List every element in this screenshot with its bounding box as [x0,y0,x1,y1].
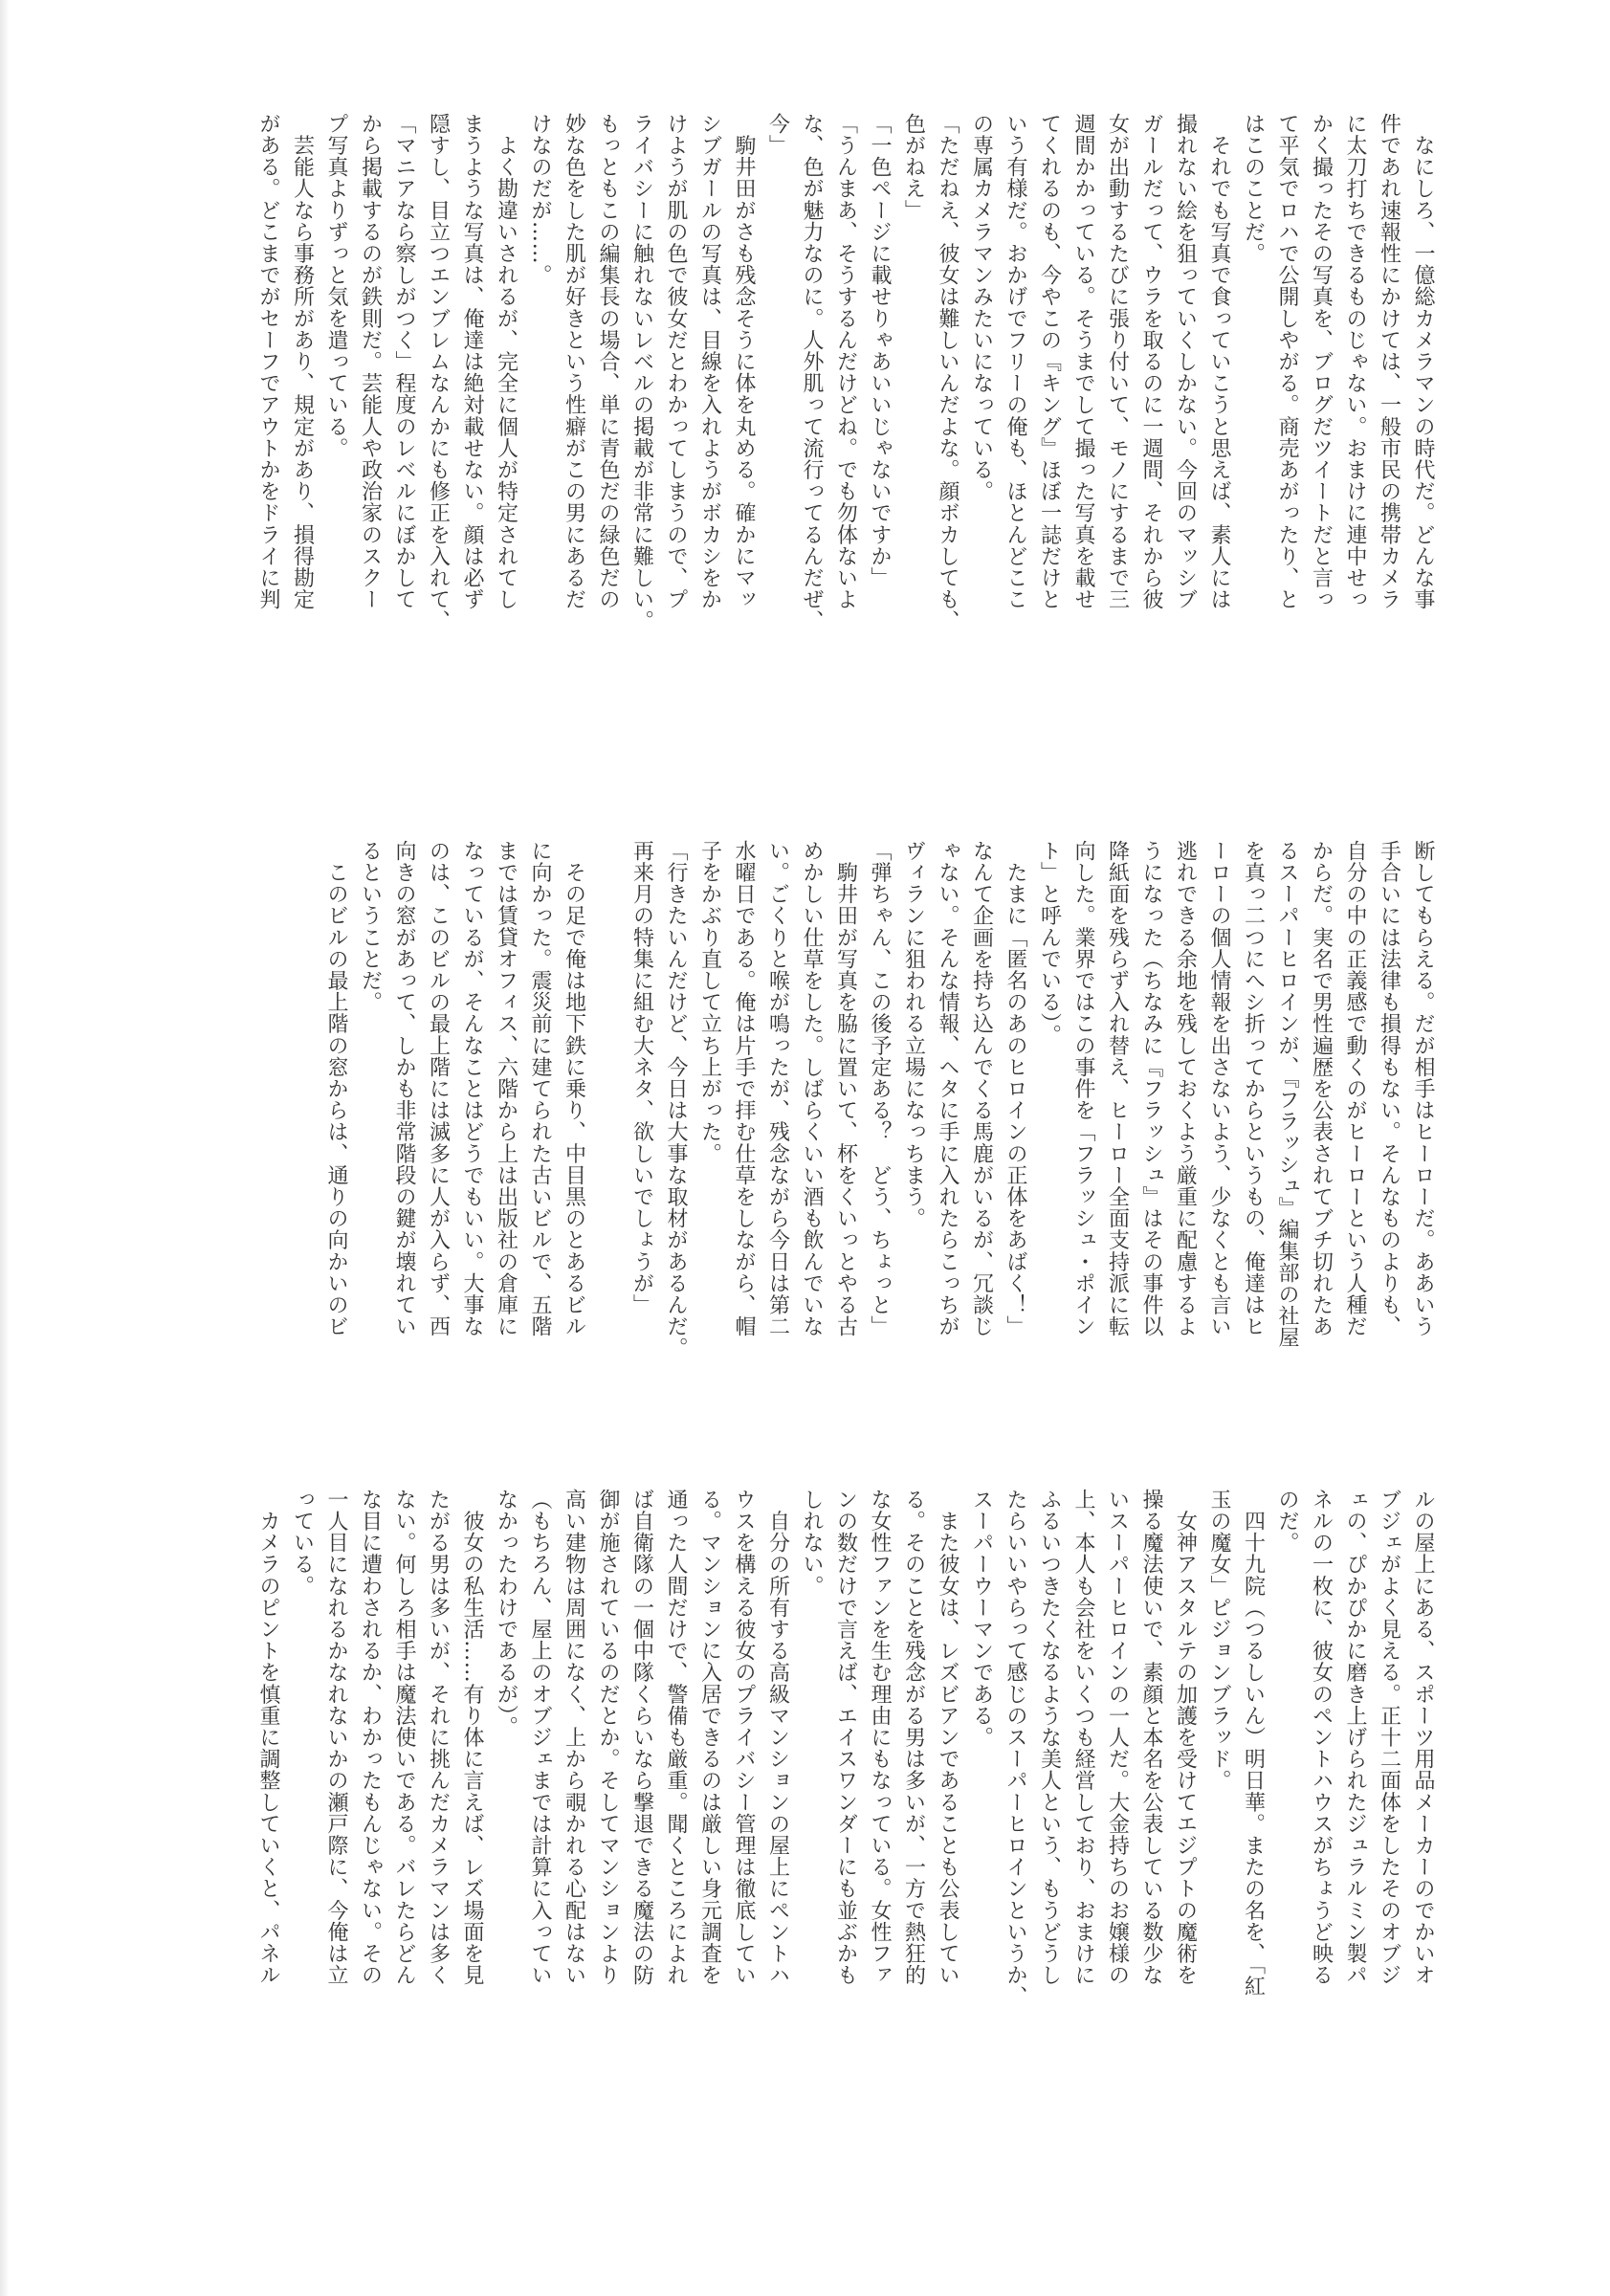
text-column: のは、このビルの最上階には滅多に人が入らず、西 [421,840,455,1452]
text-column: ば自衛隊の一個中隊くらいなら撃退できる魔法の防 [625,1489,659,2158]
text-column: 「ただねえ、彼女は難しいんだよな。顔ボカしても、 [931,113,965,802]
text-column: プ写真よりずっと気を遣っている。 [320,113,354,802]
book-page: なにしろ、一億総カメラマンの時代だ。どんな事件であれ速報性にかけては、一般市民の… [0,0,1610,2296]
text-column: 「うんまあ、そうするんだけどね。でも勿体ないよ [828,113,863,802]
text-tier-middle: 断してもらえる。だが相手はヒーローだ。ああいう手合いには法律も損得もない。そんな… [177,840,1440,1452]
text-column: ウスを構える彼女のプライバシー管理は徹底してい [727,1489,761,2158]
text-column: ない。何しろ相手は魔法使いである。バレたらどん [387,1489,422,2158]
text-column: しれない。 [795,1489,829,2158]
text-column: 「マニアなら察しがつく」程度のレベルにぼかして [387,113,422,802]
text-column: なっているが、そんなことはどうでもいい。大事な [455,840,490,1452]
text-column [591,840,626,1452]
text-column: 逃れできる余地を残しておくよう厳重に配慮するよ [1168,840,1202,1452]
text-column: たまに「匿名のあのヒロインの正体をあばく！」 [999,840,1033,1452]
text-column: その足で俺は地下鉄に乗り、中目黒のとあるビル [557,840,591,1452]
text-column: けなのだが……。 [523,113,558,802]
text-column: いう有様だ。おかげでフリーの俺も、ほとんどここ [999,113,1033,802]
text-column: に太刀打ちできるものじゃない。おまけに連中せっ [1338,113,1373,802]
text-column: それでも写真で食っていこうと思えば、素人には [1202,113,1237,802]
text-column: 玉の魔女」ピジョンブラッド。 [1202,1489,1237,2158]
text-column: めかしい仕草をした。しばらくいい酒も飲んでいな [795,840,829,1452]
text-column: 再来月の特集に組む大ネタ、欲しいでしょうが」 [625,840,659,1452]
text-column: 週間かかっている。そうまでして撮った写真を載せ [1067,113,1101,802]
text-column: 水曜日である。俺は片手で拝む仕草をしながら、帽 [727,840,761,1452]
text-column: 通った人間だけで、警備も厳重。聞くところによれ [659,1489,694,2158]
text-column: たがる男は多いが、それに挑んだカメラマンは多く [421,1489,455,2158]
text-column: 芸能人なら事務所があり、規定があり、損得勘定 [285,113,320,802]
text-column: ゃない。そんな情報、ヘタに手に入れたらこっちが [931,840,965,1452]
text-column: なにしろ、一億総カメラマンの時代だ。どんな事 [1406,113,1441,802]
text-column: な女性ファンを生む理由にもなっている。女性ファ [863,1489,897,2158]
text-column: 撮れない絵を狙っていくしかない。今回のマッシブ [1168,113,1202,802]
text-column: うになった（ちなみに『フラッシュ』はその事件以 [1135,840,1169,1452]
text-column: い。ごくりと喉が鳴ったが、残念ながら今日は第二 [761,840,795,1452]
text-column: る。マンションに入居できるのは厳しい身元調査を [693,1489,727,2158]
text-tier-top: なにしろ、一億総カメラマンの時代だ。どんな事件であれ速報性にかけては、一般市民の… [177,113,1440,802]
text-column: ネルの一枚に、彼女のペントハウスがちょうど映る [1304,1489,1338,2158]
text-column: 一人目になれるかなれないかの瀬戸際に、今俺は立 [320,1489,354,2158]
text-column: スーパーウーマンである。 [964,1489,999,2158]
text-column: るスーパーヒロインが、『フラッシュ』編集部の社屋 [1270,840,1305,1452]
text-column: 彼女の私生活……有り体に言えば、レズ場面を見 [455,1489,490,2158]
text-column: はこのことだ。 [1236,113,1270,802]
text-column: 上、本人も会社をいくつも経営しており、おまけに [1067,1489,1101,2158]
text-column: 「弾ちゃん、この後予定ある？ どう、ちょっと」 [863,840,897,1452]
text-column: なんて企画を持ち込んでくる馬鹿がいるが、冗談じ [964,840,999,1452]
text-column: シブガールの写真は、目線を入れようがボカシをか [693,113,727,802]
text-column: てくれるのも、今やこの『キング』ほぼ一誌だけと [1032,113,1067,802]
text-column: ふるいつきたくなるような美人という、もうどうし [1032,1489,1067,2158]
text-column: 御が施されているのだとか。そしてマンションより [591,1489,626,2158]
text-column: 向した。業界ではこの事件を「フラッシュ・ポイン [1067,840,1101,1452]
text-column: に向かった。震災前に建てられた古いビルで、五階 [523,840,558,1452]
text-column: な、色が魅力なのに。人外肌って流行ってるんだぜ、 [795,113,829,802]
text-column: 手合いには法律も損得もない。そんなものよりも、 [1372,840,1406,1452]
text-tier-bottom: ルの屋上にある、スポーツ用品メーカーのでかいオブジェがよく見える。正十二面体をし… [177,1489,1440,2158]
text-column: カメラのピントを慎重に調整していくと、パネル [252,1489,286,2158]
text-column: このビルの最上階の窓からは、通りの向かいのビ [320,840,354,1452]
text-column: て平気でロハで公開しやがる。商売あがったり、と [1270,113,1305,802]
text-column: ブジェがよく見える。正十二面体をしたそのオブジ [1372,1489,1406,2158]
text-column: な目に遭わされるか、わかったもんじゃない。その [353,1489,387,2158]
text-column: 妙な色をした肌が好きという性癖がこの男にあるだ [557,113,591,802]
text-column: また彼女は、レズビアンであることも公表してい [931,1489,965,2158]
text-column: いスーパーヒロインの一人だ。大金持ちのお嬢様の [1100,1489,1135,2158]
text-column: ンの数だけで言えば、エイスワンダーにも並ぶかも [828,1489,863,2158]
text-column: ガールだって、ウラを取るのに一週間、それから彼 [1135,113,1169,802]
text-column: もっともこの編集長の場合、単に青色だの緑色だの [591,113,626,802]
text-column: 子をかぶり直して立ち上がった。 [693,840,727,1452]
text-column: ルの屋上にある、スポーツ用品メーカーのでかいオ [1406,1489,1441,2158]
text-column: を真っ二つにへシ折ってからというもの、俺達はヒ [1236,840,1270,1452]
text-column: よく勘違いされるが、完全に個人が特定されてし [489,113,523,802]
text-column: かく撮ったその写真を、ブログだツイートだと言っ [1304,113,1338,802]
text-column: ヴィランに狙われる立場になっちまう。 [896,840,931,1452]
text-column: 断してもらえる。だが相手はヒーローだ。ああいう [1406,840,1441,1452]
text-column: からだ。実名で男性遍歴を公表されてブチ切れたあ [1304,840,1338,1452]
text-column: るということだ。 [353,840,387,1452]
text-column: 向きの窓があって、しかも非常階段の鍵が壊れてい [387,840,422,1452]
text-column: ト」と呼んでいる）。 [1032,840,1067,1452]
text-column: 「行きたいんだけど、今日は大事な取材があるんだ。 [659,840,694,1452]
text-column: ェの、ぴかぴかに磨き上げられたジュラルミン製パ [1338,1489,1373,2158]
text-column: る。そのことを残念がる男は多いが、一方で熱狂的 [896,1489,931,2158]
text-column: のだ。 [1270,1489,1305,2158]
text-column: 女が出動するたびに張り付いて、モノにするまで三 [1100,113,1135,802]
text-column: までは賃貸オフィス、六階から上は出版社の倉庫に [489,840,523,1452]
text-column: 隠すし、目立つエンブレムなんかにも修正を入れて、 [421,113,455,802]
text-column: なかったわけであるが）。 [489,1489,523,2158]
text-column: 自分の所有する高級マンションの屋上にペントハ [761,1489,795,2158]
text-column: 自分の中の正義感で動くのがヒーローという人種だ [1338,840,1373,1452]
text-column: 降紙面を残らず入れ替え、ヒーロー全面支持派に転 [1100,840,1135,1452]
text-column: 四十九院（つるしいん）明日華。またの名を、「紅 [1236,1489,1270,2158]
text-column: 高い建物は周囲になく、上から覗かれる心配はない [557,1489,591,2158]
text-column: から掲載するのが鉄則だ。芸能人や政治家のスクー [353,113,387,802]
page-edge-shadow [0,0,10,2296]
text-column: の専属カメラマンみたいになっている。 [964,113,999,802]
text-column: ーローの個人情報を出さないよう、少なくとも言い [1202,840,1237,1452]
text-column: まうような写真は、俺達は絶対載せない。顔は必ず [455,113,490,802]
text-column: っている。 [285,1489,320,2158]
text-column: 駒井田が写真を脇に置いて、杯をくいっとやる古 [828,840,863,1452]
text-column: たらいいやらって感じのスーパーヒロインというか、 [999,1489,1033,2158]
text-column: けようが肌の色で彼女だとわかってしまうので、プ [659,113,694,802]
text-column: 件であれ速報性にかけては、一般市民の携帯カメラ [1372,113,1406,802]
text-column: 女神アスタルテの加護を受けてエジプトの魔術を [1168,1489,1202,2158]
text-column: がある。どこまでがセーフでアウトかをドライに判 [252,113,286,802]
text-column: 「一色ページに載せりゃあいいじゃないですか」 [863,113,897,802]
text-column: （もちろん、屋上のオブジェまでは計算に入ってい [523,1489,558,2158]
text-column: 色がねえ」 [896,113,931,802]
text-column: 駒井田がさも残念そうに体を丸める。確かにマッ [727,113,761,802]
text-column: 操る魔法使いで、素顔と本名を公表している数少な [1135,1489,1169,2158]
text-column: 今」 [761,113,795,802]
text-column: ライバシーに触れないレベルの掲載が非常に難しい。 [625,113,659,802]
